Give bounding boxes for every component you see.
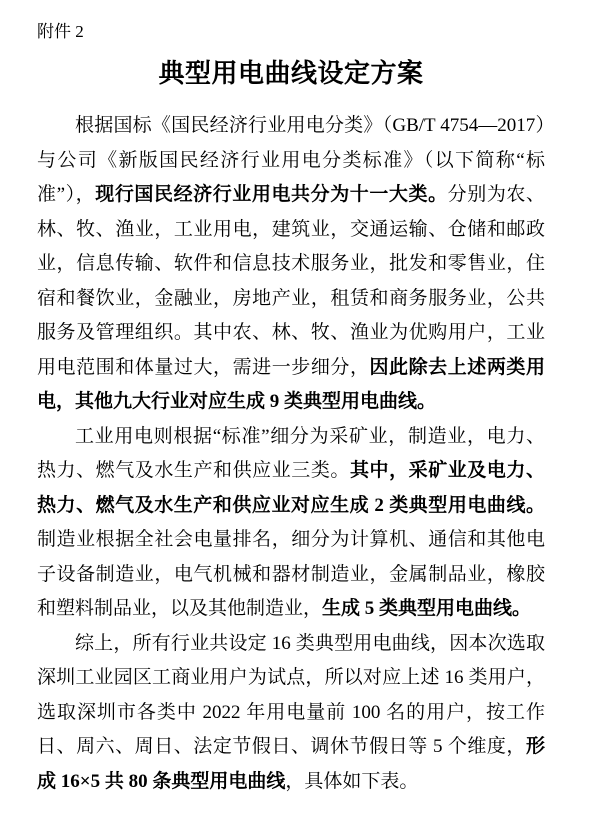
attachment-label: 附件 2: [37, 22, 545, 42]
paragraph: 工业用电则根据“标准”细分为采矿业，制造业，电力、热力、燃气及水生产和供应业三类…: [37, 420, 545, 627]
text-run: 分别为农、林、牧、渔业，工业用电，建筑业，交通运输、仓储和邮政业，信息传输、软件…: [37, 184, 545, 378]
bold-text-run: 现行国民经济行业用电共分为十一大类。: [95, 184, 447, 205]
paragraph: 根据国标《国民经济行业用电分类》（GB/T 4754—2017）与公司《新版国民…: [37, 109, 545, 420]
document-body: 根据国标《国民经济行业用电分类》（GB/T 4754—2017）与公司《新版国民…: [37, 109, 545, 799]
bold-text-run: 生成 5 类典型用电曲线。: [322, 598, 531, 619]
page-title: 典型用电曲线设定方案: [37, 59, 545, 87]
text-run: ，具体如下表。: [285, 771, 418, 792]
text-run: 综上，所有行业共设定 16 类典型用电曲线，因本次选取深圳工业园区工商业用户为试…: [37, 633, 545, 758]
document-page: 附件 2 典型用电曲线设定方案 根据国标《国民经济行业用电分类》（GB/T 47…: [0, 0, 612, 821]
paragraph: 综上，所有行业共设定 16 类典型用电曲线，因本次选取深圳工业园区工商业用户为试…: [37, 627, 545, 800]
